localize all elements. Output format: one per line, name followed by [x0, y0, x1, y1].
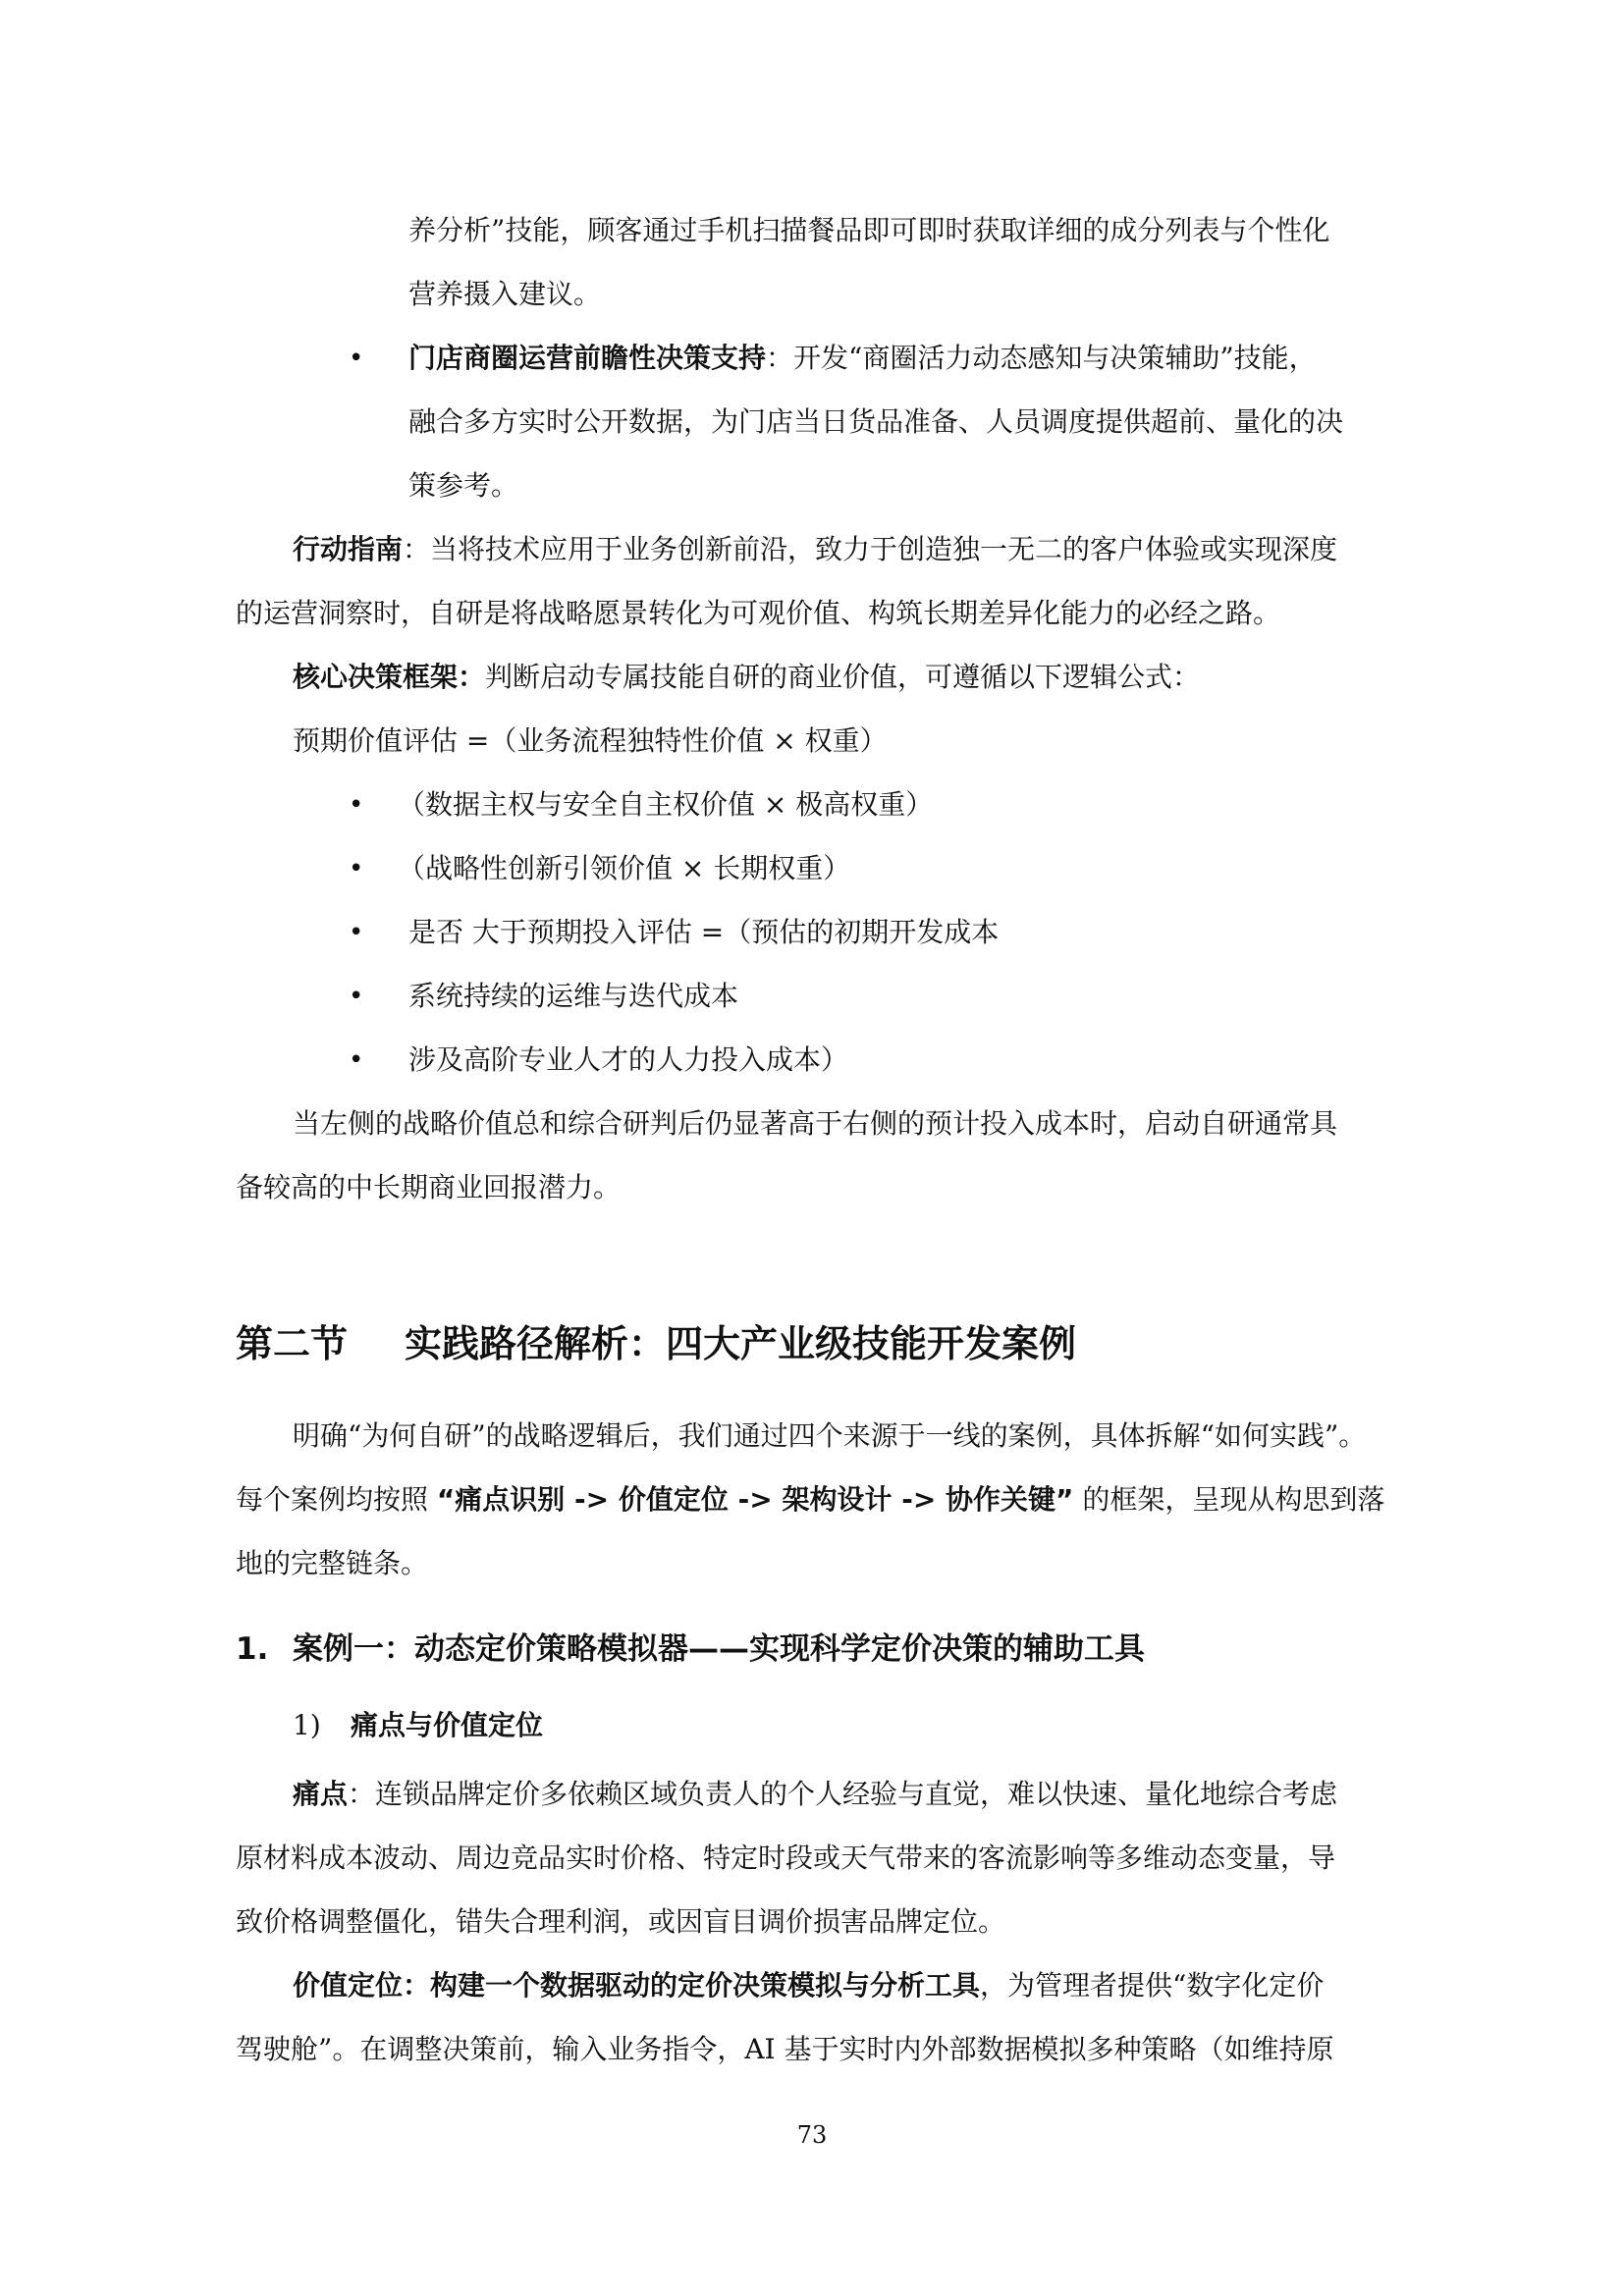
pain-text: ：连锁品牌定价多依赖区域负责人的个人经验与直觉，难以快速、量化地综合考虑: [348, 1778, 1337, 1810]
bullet-dot-icon: •: [349, 915, 363, 950]
section-title: 实践路径解析：四大产业级技能开发案例: [405, 1320, 1076, 1367]
formula-item: （数据主权与安全自主权价值 × 极高权重）: [398, 787, 933, 823]
formula-item: 涉及高阶专业人才的人力投入成本）: [408, 1042, 848, 1078]
framework-paragraph: 核心决策框架：判断启动专属技能自研的商业价值，可遵循以下逻辑公式：: [293, 660, 1200, 695]
action-guide-label: 行动指南: [293, 533, 403, 565]
formula-item: 系统持续的运维与迭代成本: [408, 979, 738, 1014]
section-intro-line: 明确“为何自研”的战略逻辑后，我们通过四个来源于一线的案例，具体拆解“如何实践”…: [293, 1418, 1366, 1454]
case-number: 1.: [236, 1629, 268, 1669]
pain-line: 致价格调整僵化，错失合理利润，或因盲目调价损害品牌定位。: [236, 1904, 1005, 1940]
pain-paragraph: 痛点：连锁品牌定价多依赖区域负责人的个人经验与直觉，难以快速、量化地综合考虑: [293, 1777, 1337, 1812]
bullet-dot-icon: •: [349, 1042, 363, 1078]
bullet-text: ：开发“商圈活力动态感知与决策辅助”技能，: [766, 342, 1317, 374]
subheading-title-text: 痛点与价值定位: [351, 1709, 543, 1741]
case-title: 案例一：动态定价策略模拟器——实现科学定价决策的辅助工具: [293, 1629, 1145, 1669]
action-guide-text: ：当将技术应用于业务创新前沿，致力于创造独一无二的客户体验或实现深度: [403, 533, 1337, 565]
value-text: ，为管理者提供“数字化定价: [980, 1969, 1324, 2002]
bullet-continuation-line: 融合多方实时公开数据，为门店当日货品准备、人员调度提供超前、量化的决: [408, 404, 1343, 440]
conclusion-line: 当左侧的战略价值总和综合研判后仍显著高于右侧的预计投入成本时，启动自研通常具: [293, 1106, 1337, 1142]
value-line: 驾驶舱”。在调整决策前，输入业务指令，AI 基于实时内外部数据模拟多种策略（如维…: [236, 2032, 1334, 2067]
bullet-dot-icon: •: [349, 979, 363, 1014]
bullet-continuation-line: 养分析”技能，顾客通过手机扫描餐品即可即时获取详细的成分列表与个性化: [408, 213, 1329, 248]
bullet-continuation-line: 策参考。: [408, 468, 518, 504]
bullet-label: 门店商圈运营前瞻性决策支持: [408, 342, 766, 374]
bullet-continuation-line: 营养摄入建议。: [408, 277, 601, 312]
value-bold-text: 构建一个数据驱动的定价决策模拟与分析工具: [430, 1969, 980, 2002]
document-page: 养分析”技能，顾客通过手机扫描餐品即可即时获取详细的成分列表与个性化 营养摄入建…: [0, 0, 1624, 2296]
framework-steps: “痛点识别 -> 价值定位 -> 架构设计 -> 协作关键”: [437, 1483, 1074, 1516]
pain-label: 痛点: [293, 1778, 348, 1810]
pain-line: 原材料成本波动、周边竞品实时价格、特定时段或天气带来的客流影响等多维动态变量，导: [236, 1841, 1335, 1876]
value-paragraph: 价值定位：构建一个数据驱动的定价决策模拟与分析工具，为管理者提供“数字化定价: [293, 1968, 1324, 2003]
action-guide-line: 的运营洞察时，自研是将战略愿景转化为可观价值、构筑长期差异化能力的必经之路。: [236, 596, 1280, 631]
framework-label: 核心决策框架：: [293, 661, 485, 693]
formula-item: 是否 大于预期投入评估 =（预估的初期开发成本: [408, 915, 999, 950]
subheading-number: 1): [293, 1708, 321, 1743]
formula-item: （战略性创新引领价值 × 长期权重）: [398, 851, 850, 886]
intro-text: 的框架，呈现从构思到落: [1073, 1483, 1384, 1516]
bullet-dot-icon: •: [349, 341, 363, 376]
section-intro-line: 地的完整链条。: [236, 1546, 428, 1581]
section-intro-line: 每个案例均按照 “痛点识别 -> 价值定位 -> 架构设计 -> 协作关键” 的…: [236, 1482, 1384, 1518]
intro-text: 每个案例均按照: [236, 1483, 437, 1516]
page-number: 73: [0, 2120, 1624, 2150]
section-number: 第二节: [236, 1320, 348, 1367]
bullet-item-store-decision: 门店商圈运营前瞻性决策支持：开发“商圈活力动态感知与决策辅助”技能，: [408, 341, 1317, 376]
bullet-dot-icon: •: [349, 851, 363, 886]
action-guide-paragraph: 行动指南：当将技术应用于业务创新前沿，致力于创造独一无二的客户体验或实现深度: [293, 532, 1337, 567]
framework-text: 判断启动专属技能自研的商业价值，可遵循以下逻辑公式：: [485, 661, 1200, 693]
subheading-title: 痛点与价值定位: [351, 1708, 543, 1743]
bullet-dot-icon: •: [349, 787, 363, 823]
value-label: 价值定位：: [293, 1969, 430, 2002]
conclusion-line: 备较高的中长期商业回报潜力。: [236, 1170, 621, 1205]
formula-head: 预期价值评估 =（业务流程独特性价值 × 权重）: [293, 723, 888, 759]
